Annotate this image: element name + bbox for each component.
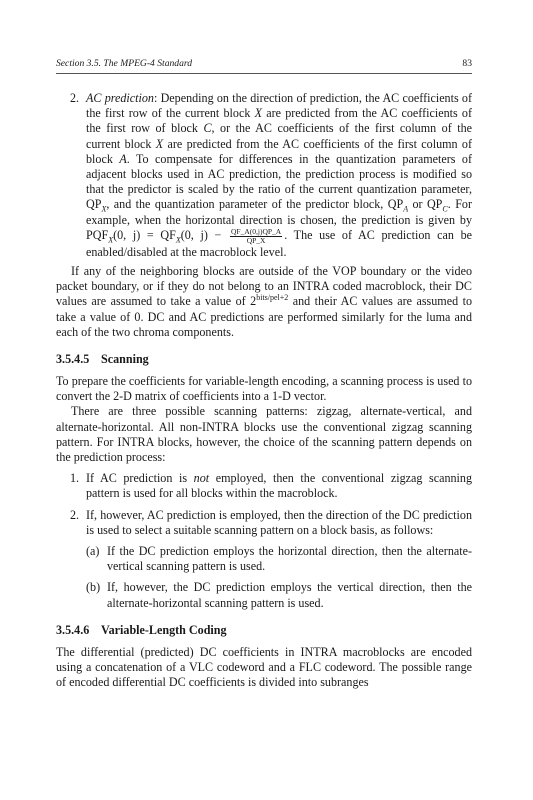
term-ac-prediction: AC prediction [86, 91, 154, 105]
formula-fraction: QF_A(0,j)QP_AQP_X [230, 228, 282, 245]
paragraph-scanning-patterns: There are three possible scanning patter… [56, 404, 472, 465]
paragraph-neighbors: If any of the neighboring blocks are out… [56, 264, 472, 340]
page-body: 2. AC prediction: Depending on the direc… [70, 91, 472, 691]
page-number: 83 [462, 58, 472, 69]
list-item-scan-2: 2. If, however, AC prediction is employe… [70, 508, 472, 538]
paragraph-scanning-intro: To prepare the coefficients for variable… [56, 374, 472, 404]
paragraph-vlc: The differential (predicted) DC coeffici… [56, 645, 472, 691]
list-item-scan-1: 1. If AC prediction is not employed, the… [70, 471, 472, 501]
running-header: Section 3.5. The MPEG-4 Standard 83 [56, 57, 472, 74]
running-header-section: Section 3.5. The MPEG-4 Standard [56, 58, 192, 69]
sublist-item-a: (a) If the DC prediction employs the hor… [86, 544, 472, 574]
section-heading-vlc: 3.5.4.6Variable-Length Coding [56, 623, 472, 638]
list-item-ac-prediction: 2. AC prediction: Depending on the direc… [70, 91, 472, 260]
prediction-formula: PQFX(0, j) = QFX(0, j) − QF_A(0,j)QP_AQP… [86, 228, 284, 242]
sublist-item-b: (b) If, however, the DC prediction emplo… [86, 580, 472, 610]
list-number: 2. [70, 91, 79, 106]
section-heading-scanning: 3.5.4.5Scanning [56, 352, 472, 367]
